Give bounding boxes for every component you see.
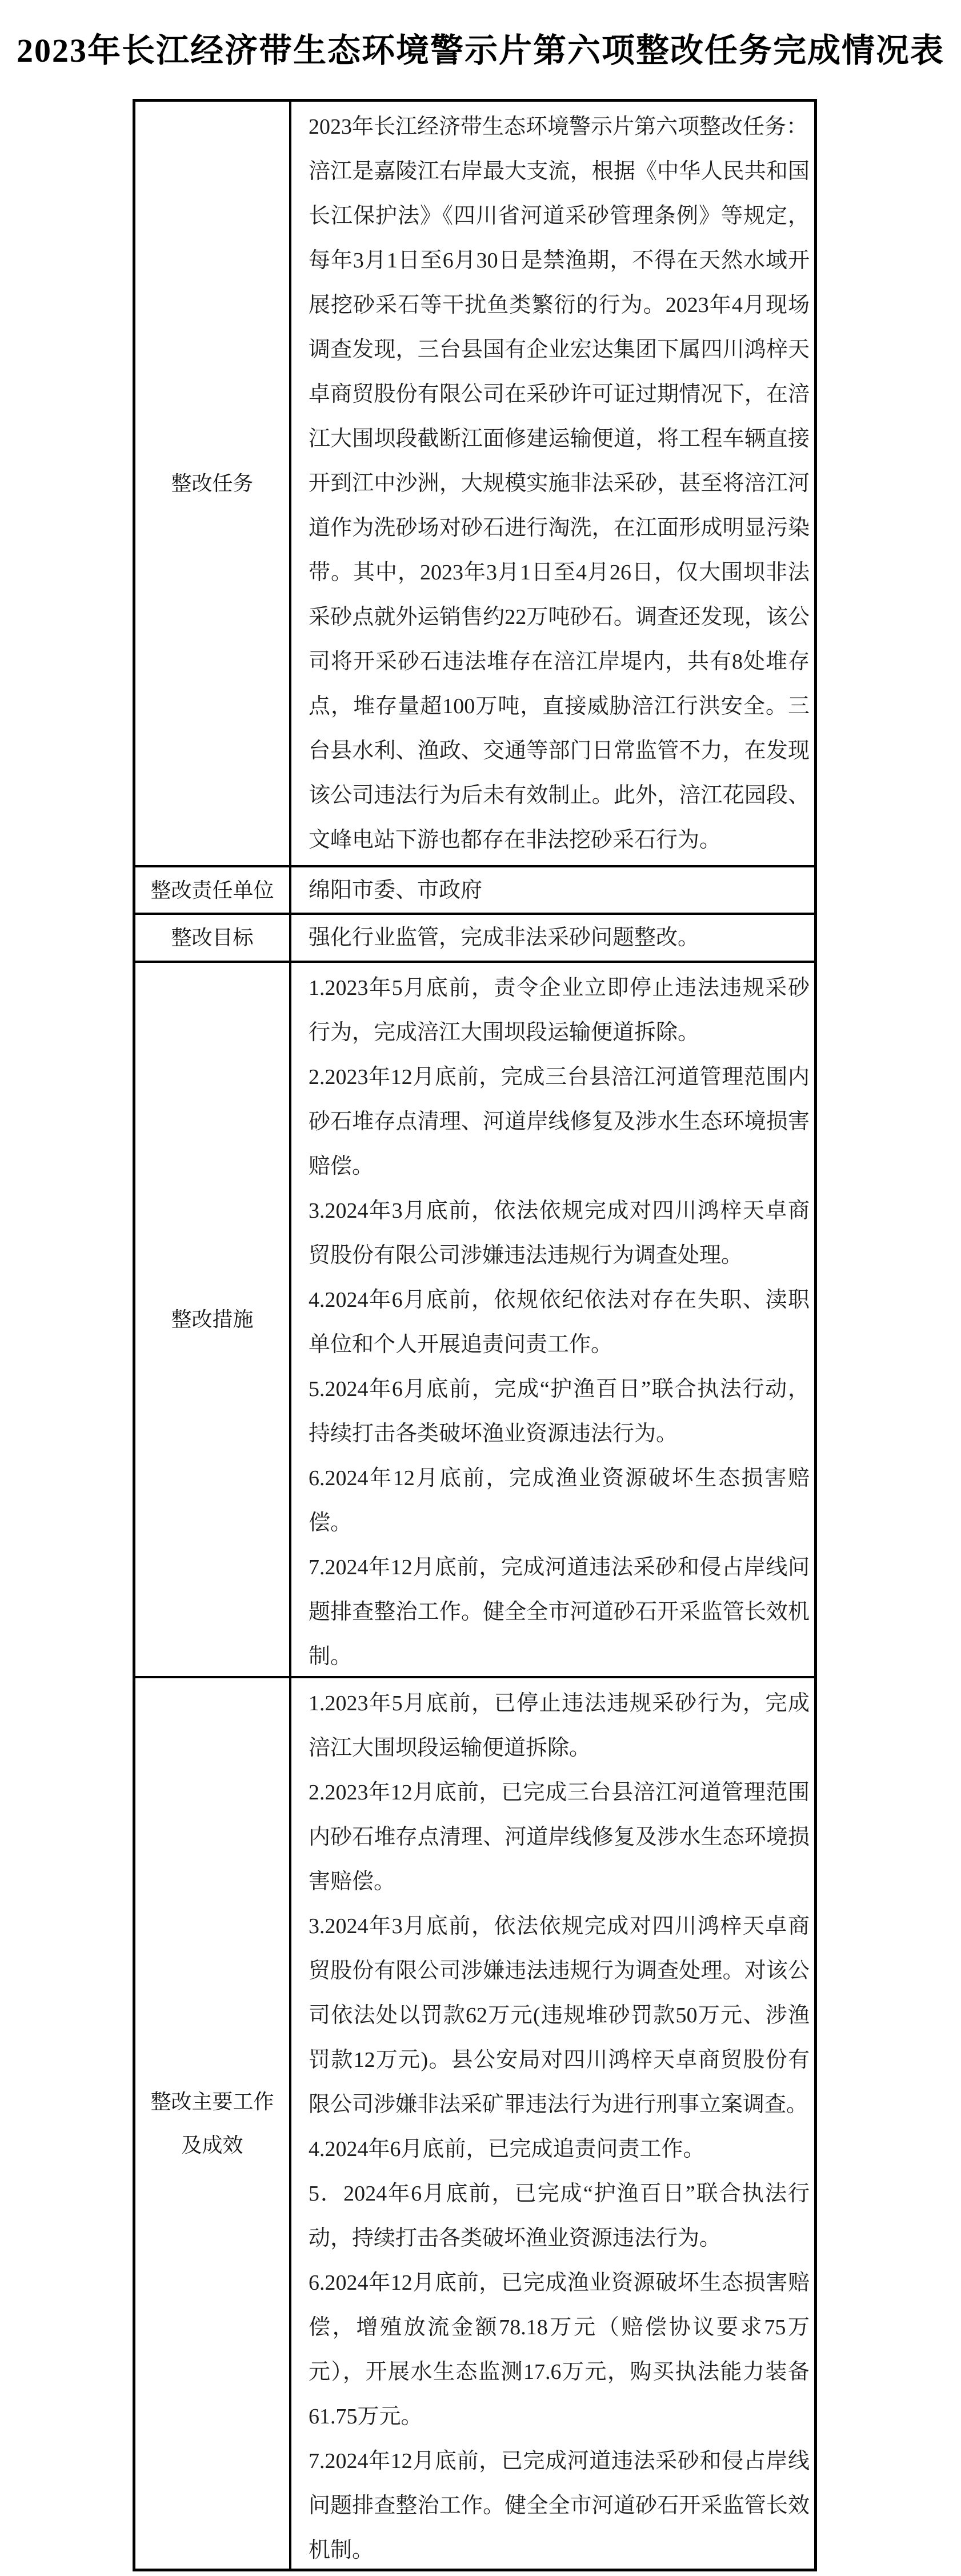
paragraph: 1.2023年5月底前，已停止违法违规采砂行为，完成涪江大围坝段运输便道拆除。 — [309, 1681, 810, 1770]
paragraph: 7.2024年12月底前，已完成河道违法采砂和侵占岸线问题排查整治工作。健全全市… — [309, 2439, 810, 2569]
row-content-main-work-results: 1.2023年5月底前，已停止违法违规采砂行为，完成涪江大围坝段运输便道拆除。2… — [291, 1678, 814, 2569]
paragraph: 4.2024年6月底前，已完成追责问责工作。 — [309, 2127, 810, 2171]
paragraph: 2.2023年12月底前，完成三台县涪江河道管理范围内砂石堆存点清理、河道岸线修… — [309, 1055, 810, 1189]
row-label-rectification-measures: 整改措施 — [135, 963, 291, 1676]
row-label-responsible-unit: 整改责任单位 — [135, 867, 291, 913]
row-label-main-work-results: 整改主要工作 及成效 — [135, 1678, 291, 2569]
table-row-responsible-unit: 整改责任单位 绵阳市委、市政府 — [135, 865, 814, 913]
page-title: 2023年长江经济带生态环境警示片第六项整改任务完成情况表 — [0, 30, 961, 72]
paragraph: 5.2024年6月底前，完成“护渔百日”联合执法行动，持续打击各类破坏渔业资源违… — [309, 1367, 810, 1456]
row-content-rectification-task: 2023年长江经济带生态环境警示片第六项整改任务：涪江是嘉陵江右岸最大支流，根据… — [291, 102, 814, 865]
paragraph: 5．2024年6月底前，已完成“护渔百日”联合执法行动，持续打击各类破坏渔业资源… — [309, 2171, 810, 2261]
paragraph: 绵阳市委、市政府 — [309, 868, 810, 913]
paragraph: 6.2024年12月底前，已完成渔业资源破坏生态损害赔偿，增殖放流金额78.18… — [309, 2261, 810, 2439]
row-label-rectification-task: 整改任务 — [135, 102, 291, 865]
row-label-text: 整改措施 — [171, 1298, 253, 1341]
table-row-rectification-goal: 整改目标 强化行业监管，完成非法采砂问题整改。 — [135, 913, 814, 961]
table-row-main-work-results: 整改主要工作 及成效 1.2023年5月底前，已停止违法违规采砂行为，完成涪江大… — [135, 1676, 814, 2569]
row-label-text: 整改任务 — [171, 462, 253, 505]
paragraph: 强化行业监管，完成非法采砂问题整改。 — [309, 915, 810, 960]
row-label-rectification-goal: 整改目标 — [135, 915, 291, 961]
paragraph: 7.2024年12月底前，完成河道违法采砂和侵占岸线问题排查整治工作。健全全市河… — [309, 1545, 810, 1676]
row-content-responsible-unit: 绵阳市委、市政府 — [291, 867, 814, 913]
paragraph: 2023年长江经济带生态环境警示片第六项整改任务： — [309, 105, 810, 149]
paragraph: 2.2023年12月底前，已完成三台县涪江河道管理范围内砂石堆存点清理、河道岸线… — [309, 1770, 810, 1904]
paragraph: 4.2024年6月底前，依规依纪依法对存在失职、渎职单位和个人开展追责问责工作。 — [309, 1278, 810, 1367]
paragraph: 涪江是嘉陵江右岸最大支流，根据《中华人民共和国长江保护法》《四川省河道采砂管理条… — [309, 149, 810, 862]
rectification-table: 整改任务 2023年长江经济带生态环境警示片第六项整改任务：涪江是嘉陵江右岸最大… — [133, 99, 817, 2571]
table-row-rectification-task: 整改任务 2023年长江经济带生态环境警示片第六项整改任务：涪江是嘉陵江右岸最大… — [135, 102, 814, 865]
row-label-line: 及成效 — [181, 2123, 243, 2167]
paragraph: 3.2024年3月底前，依法依规完成对四川鸿梓天卓商贸股份有限公司涉嫌违法违规行… — [309, 1189, 810, 1278]
table-row-rectification-measures: 整改措施 1.2023年5月底前，责令企业立即停止违法违规采砂行为，完成涪江大围… — [135, 961, 814, 1676]
paragraph: 1.2023年5月底前，责令企业立即停止违法违规采砂行为，完成涪江大围坝段运输便… — [309, 966, 810, 1055]
paragraph: 3.2024年3月底前，依法依规完成对四川鸿梓天卓商贸股份有限公司涉嫌违法违规行… — [309, 1904, 810, 2127]
row-content-rectification-measures: 1.2023年5月底前，责令企业立即停止违法违规采砂行为，完成涪江大围坝段运输便… — [291, 963, 814, 1676]
row-content-rectification-goal: 强化行业监管，完成非法采砂问题整改。 — [291, 915, 814, 961]
paragraph: 6.2024年12月底前，完成渔业资源破坏生态损害赔偿。 — [309, 1456, 810, 1545]
row-label-line: 整改主要工作 — [150, 2080, 274, 2123]
row-label-text: 整改责任单位 — [150, 869, 274, 912]
row-label-text: 整改目标 — [171, 916, 253, 959]
